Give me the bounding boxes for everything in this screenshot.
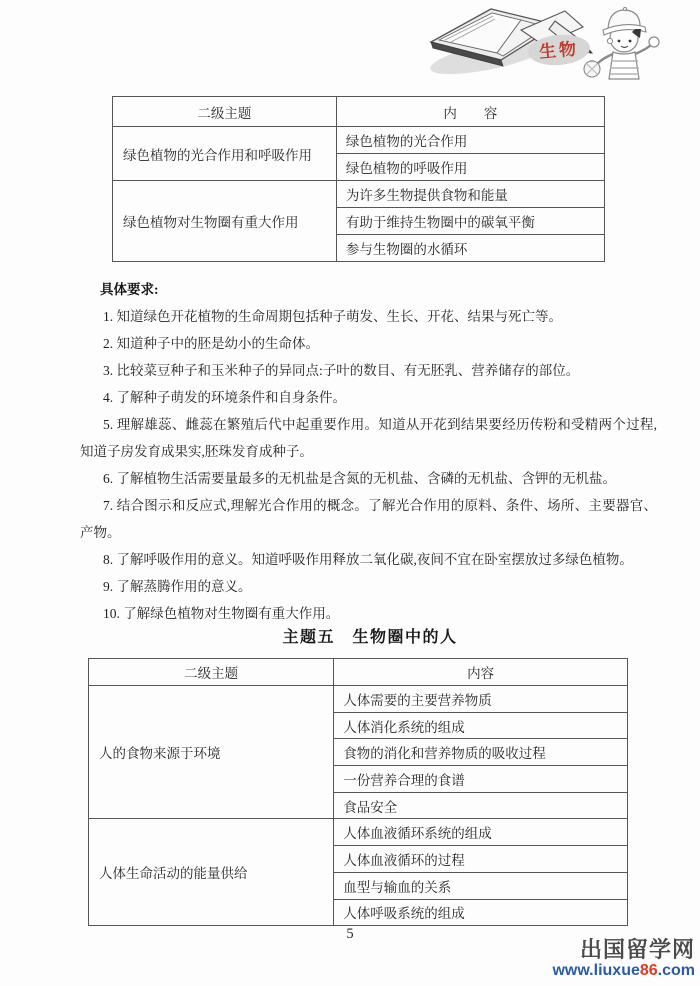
- col-header-content: 内容: [334, 659, 628, 686]
- content-cell: 人体消化系统的组成: [334, 712, 628, 739]
- content-cell: 绿色植物的呼吸作用: [336, 154, 604, 181]
- table-row: 绿色植物的光合作用和呼吸作用绿色植物的光合作用: [113, 127, 605, 154]
- content-cell: 人体呼吸系统的组成: [334, 899, 628, 926]
- badge-label: 生物: [538, 38, 580, 61]
- content-cell: 一份营养合理的食谱: [334, 766, 628, 793]
- topic-table-human: 二级主题内容人的食物来源于环境人体需要的主要营养物质人体消化系统的组成食物的消化…: [88, 658, 628, 926]
- topic-table-green-plants: 二级主题内 容绿色植物的光合作用和呼吸作用绿色植物的光合作用绿色植物的呼吸作用绿…: [112, 96, 605, 262]
- col-header-content: 内 容: [336, 97, 604, 127]
- subtopic-cell: 人体生命活动的能量供给: [89, 819, 334, 926]
- table-row: 绿色植物对生物圈有重大作用为许多生物提供食物和能量: [113, 181, 605, 208]
- content-cell: 为许多生物提供食物和能量: [336, 181, 604, 208]
- requirement-item: 2. 知道种子中的胚是幼小的生命体。: [80, 330, 657, 357]
- watermark-url-highlight: 86: [640, 962, 658, 979]
- requirement-item: 9. 了解蒸腾作用的意义。: [80, 573, 657, 600]
- content-cell: 食品安全: [334, 792, 628, 819]
- requirement-item: 4. 了解种子萌发的环境条件和自身条件。: [80, 384, 657, 411]
- section-heading: 主题五 生物圈中的人: [40, 624, 700, 647]
- content-cell: 人体血液循环的过程: [334, 846, 628, 873]
- requirement-item: 3. 比较菜豆种子和玉米种子的异同点:子叶的数目、有无胚乳、营养储存的部位。: [80, 357, 657, 384]
- watermark-url-suffix: .com: [658, 962, 695, 979]
- cartoon-boy-icon: [584, 7, 659, 79]
- requirement-item: 5. 理解雄蕊、雌蕊在繁殖后代中起重要作用。知道从开花到结果要经历传粉和受精两个…: [80, 411, 657, 465]
- requirement-item: 6. 了解植物生活需要量最多的无机盐是含氮的无机盐、含磷的无机盐、含钾的无机盐。: [80, 465, 657, 492]
- content-cell: 人体需要的主要营养物质: [334, 686, 628, 713]
- requirements-heading: 具体要求:: [80, 276, 657, 303]
- col-header-subtopic: 二级主题: [89, 659, 334, 686]
- table-row: 人的食物来源于环境人体需要的主要营养物质: [89, 686, 628, 713]
- content-cell: 人体血液循环系统的组成: [334, 819, 628, 846]
- requirements-list: 1. 知道绿色开花植物的生命周期包括种子萌发、生长、开花、结果与死亡等。2. 知…: [80, 303, 657, 627]
- requirement-item: 8. 了解呼吸作用的意义。知道呼吸作用释放二氧化碳,夜间不宜在卧室摆放过多绿色植…: [80, 546, 657, 573]
- watermark-url-prefix: www.liuxue: [552, 962, 639, 979]
- watermark: 出国留学网 www.liuxue86.com: [552, 938, 695, 979]
- requirement-item: 10. 了解绿色植物对生物圈有重大作用。: [80, 600, 657, 627]
- requirements-section: 具体要求: 1. 知道绿色开花植物的生命周期包括种子萌发、生长、开花、结果与死亡…: [80, 276, 657, 627]
- header-decoration: 生物: [425, 0, 673, 86]
- content-cell: 参与生物圈的水循环: [336, 235, 604, 262]
- subtopic-cell: 绿色植物的光合作用和呼吸作用: [113, 127, 337, 181]
- watermark-url: www.liuxue86.com: [552, 962, 695, 979]
- subtopic-cell: 人的食物来源于环境: [89, 686, 334, 819]
- table-row: 人体生命活动的能量供给人体血液循环系统的组成: [89, 819, 628, 846]
- document-page: { "header_deco": { "badge_label": "生物", …: [0, 0, 700, 986]
- subtopic-cell: 绿色植物对生物圈有重大作用: [113, 181, 337, 262]
- col-header-subtopic: 二级主题: [113, 97, 337, 127]
- requirement-item: 1. 知道绿色开花植物的生命周期包括种子萌发、生长、开花、结果与死亡等。: [80, 303, 657, 330]
- content-cell: 有助于维持生物圈中的碳氧平衡: [336, 208, 604, 235]
- watermark-site-name: 出国留学网: [552, 938, 695, 962]
- content-cell: 血型与输血的关系: [334, 872, 628, 899]
- content-cell: 绿色植物的光合作用: [336, 127, 604, 154]
- content-cell: 食物的消化和营养物质的吸收过程: [334, 739, 628, 766]
- requirement-item: 7. 结合图示和反应式,理解光合作用的概念。了解光合作用的原料、条件、场所、主要…: [80, 492, 657, 546]
